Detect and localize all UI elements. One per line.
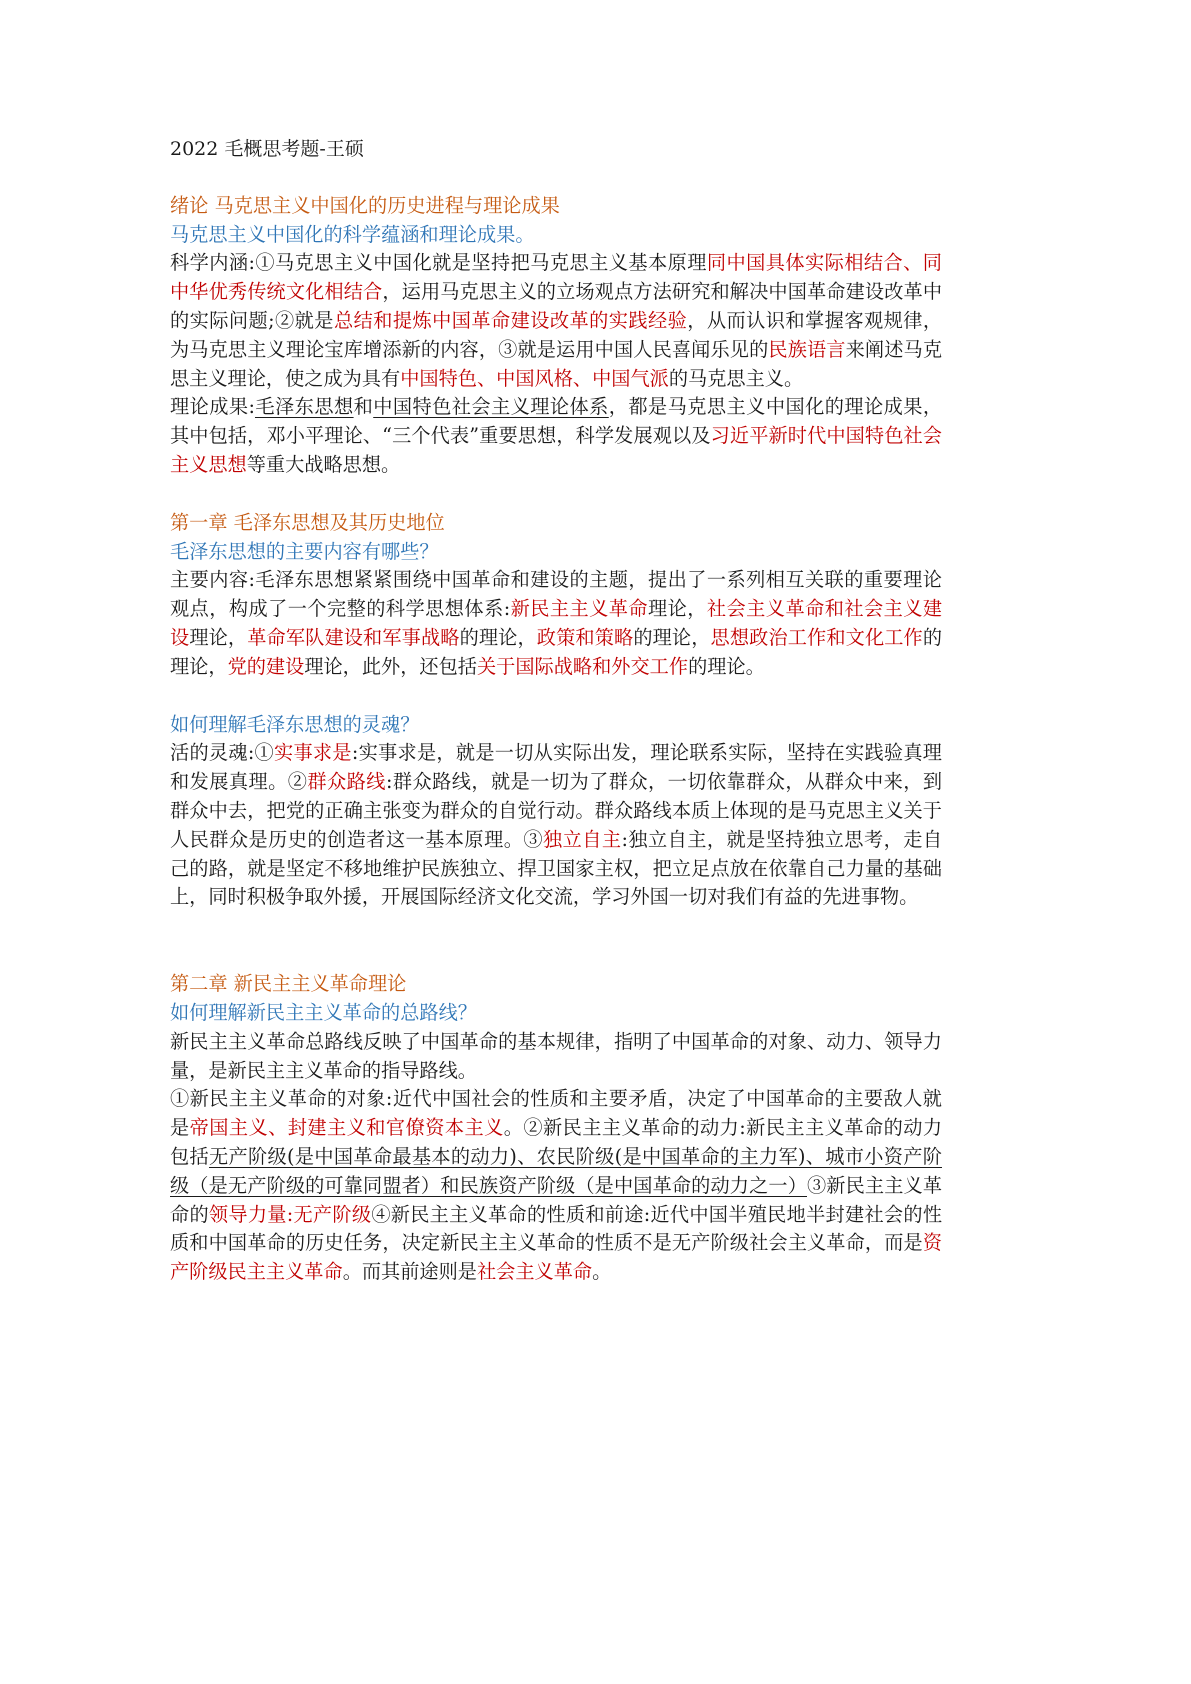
document-title: 2022 毛概思考题-王硕 [170,135,942,164]
chapter-heading-intro: 绪论 马克思主义中国化的历史进程与理论成果 [170,192,942,221]
text: 的理论。 [688,655,765,678]
text: 理论，此外，还包括 [304,655,477,678]
document-page: 2022 毛概思考题-王硕 绪论 马克思主义中国化的历史进程与理论成果 马克思主… [170,135,942,1287]
highlight-text: 思想政治工作和文化工作 [711,626,923,649]
text: 等重大战略思想。 [247,453,401,476]
spacer [170,480,942,509]
paragraph-theoretical-results: 理论成果:毛泽东思想和中国特色社会主义理论体系，都是马克思主义中国化的理论成果，… [170,393,942,479]
text: 科学内涵:①马克思主义中国化就是坚持把马克思主义基本原理 [170,251,707,274]
text: 。 [592,1260,611,1283]
paragraph-scientific-connotation: 科学内涵:①马克思主义中国化就是坚持把马克思主义基本原理同中国具体实际相结合、同… [170,249,942,393]
question-heading: 毛泽东思想的主要内容有哪些？ [170,538,942,567]
text: 理论成果: [170,395,255,418]
question-heading: 如何理解毛泽东思想的灵魂？ [170,711,942,740]
highlight-text: 关于国际战略和外交工作 [477,655,688,678]
highlight-text: 领导力量:无产阶级 [209,1203,371,1226]
spacer [170,912,942,970]
paragraph-revolution-details: ①新民主主义革命的对象:近代中国社会的性质和主要矛盾，决定了中国革命的主要敌人就… [170,1085,942,1287]
spacer [170,682,942,711]
highlight-text: 实事求是 [274,741,352,764]
highlight-text: 社会主义革命 [477,1260,592,1283]
chapter-heading-1: 第一章 毛泽东思想及其历史地位 [170,509,942,538]
underlined-text: 毛泽东思想 [255,395,354,418]
underlined-text: 中国特色社会主义理论体系 [373,395,609,418]
highlight-text: 中国特色、中国风格、中国气派 [400,367,669,390]
highlight-text: 新民主主义革命 [510,597,648,620]
paragraph-general-line: 新民主主义革命总路线反映了中国革命的基本规律，指明了中国革命的对象、动力、领导力… [170,1028,942,1086]
text: 和 [354,395,374,418]
highlight-text: 革命军队建设和军事战略 [247,626,459,649]
highlight-text: 党的建设 [228,655,305,678]
highlight-text: 群众路线 [307,770,386,793]
highlight-text: 总结和提炼中国革命建设改革的实践经验 [334,309,687,332]
text: 的理论， [460,626,537,649]
text: 。而其前途则是 [343,1260,477,1283]
text: 理论， [189,626,247,649]
question-heading: 马克思主义中国化的科学蕴涵和理论成果。 [170,221,942,250]
highlight-text: 帝国主义、封建主义和官僚资本主义 [190,1116,504,1139]
text: 活的灵魂:① [170,741,274,764]
highlight-text: 独立自主 [543,828,622,851]
paragraph-main-content: 主要内容:毛泽东思想紧紧围绕中国革命和建设的主题，提出了一系列相互关联的重要理论… [170,566,942,681]
paragraph-living-soul: 活的灵魂:①实事求是:实事求是，就是一切从实际出发，理论联系实际，坚持在实践验真… [170,739,942,912]
text: 理论， [648,597,707,620]
question-heading: 如何理解新民主主义革命的总路线？ [170,999,942,1028]
text: 的马克思主义。 [669,367,803,390]
chapter-heading-2: 第二章 新民主主义革命理论 [170,970,942,999]
highlight-text: 民族语言 [768,338,845,361]
highlight-text: 政策和策略 [537,626,634,649]
text: 的理论， [633,626,710,649]
